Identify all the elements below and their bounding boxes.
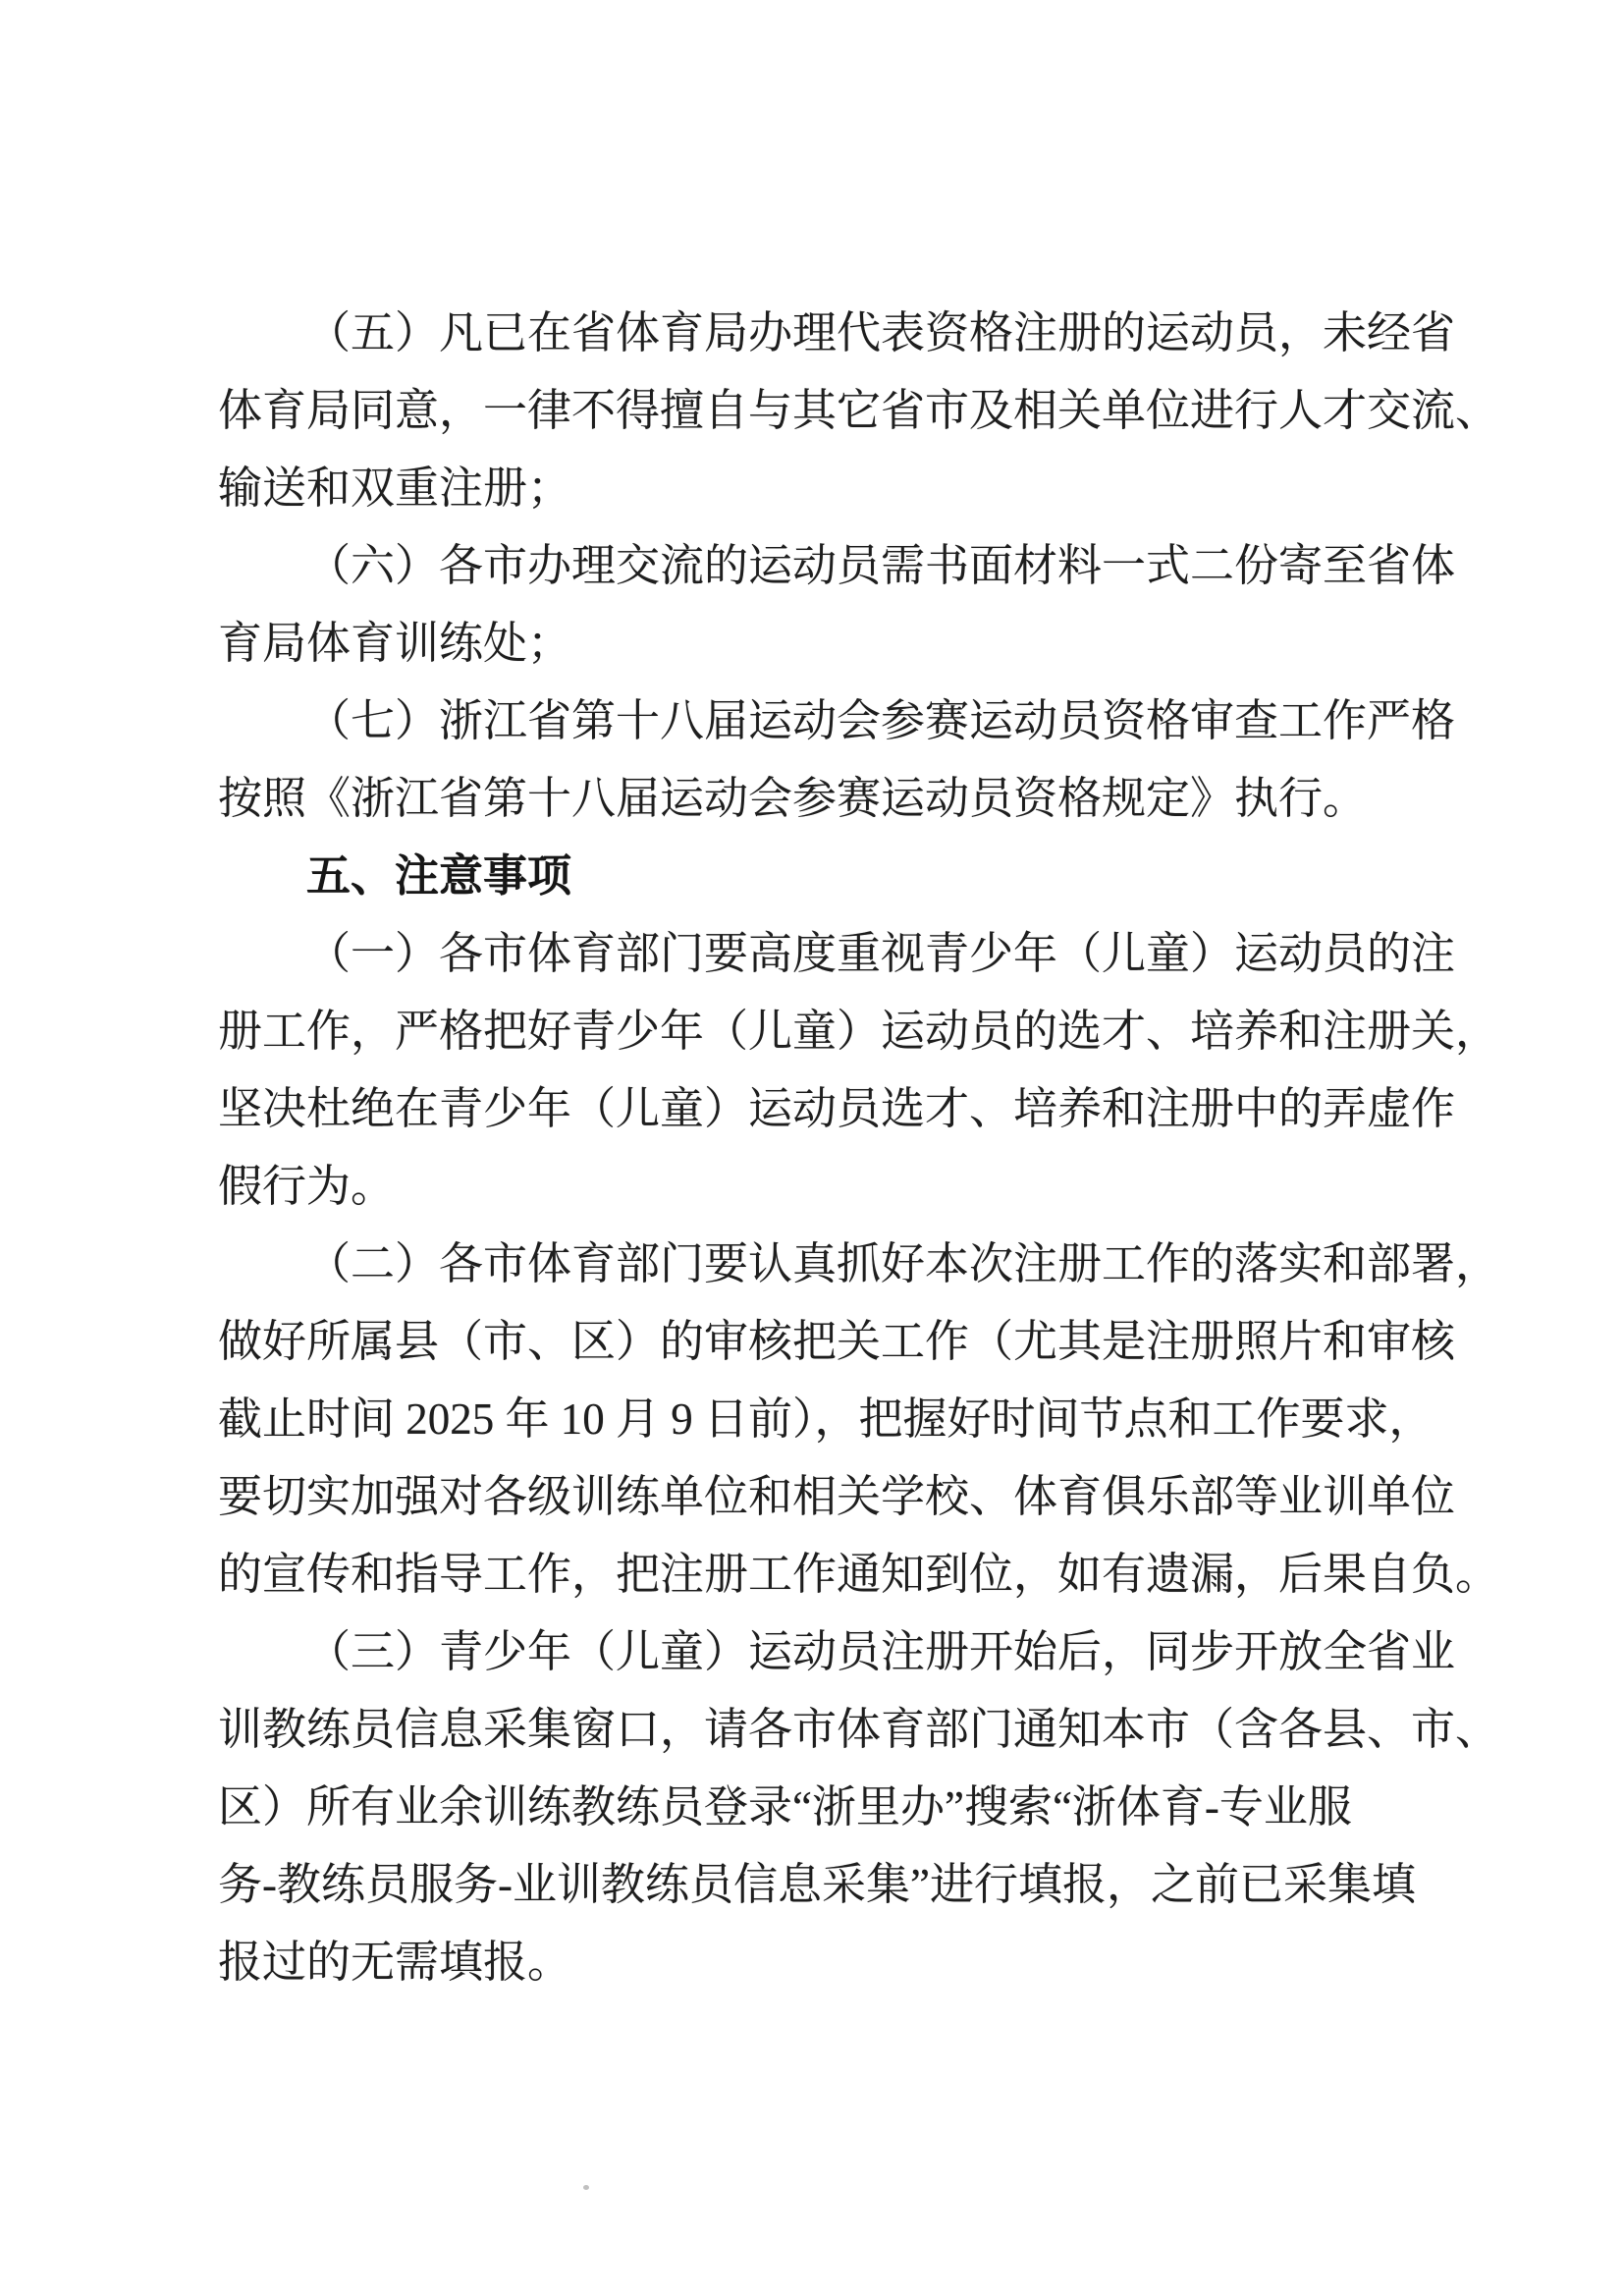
document-page: （五）凡已在省体育局办理代表资格注册的运动员，未经省体育局同意，一律不得擅自与其… xyxy=(0,0,1623,2296)
section-heading-5: 五、注意事项 xyxy=(218,838,1485,915)
para-note-1: （一）各市体育部门要高度重视青少年（儿童）运动员的注册工作，严格把好青少年（儿童… xyxy=(218,915,1485,1226)
text-line: （六）各市办理交流的运动员需书面材料一式二份寄至省体 xyxy=(218,527,1485,605)
text-line: 务-教练员服务-业训教练员信息采集”进行填报，之前已采集填 xyxy=(218,1846,1485,1924)
text-line: （七）浙江省第十八届运动会参赛运动员资格审查工作严格 xyxy=(218,683,1485,760)
text-line: （五）凡已在省体育局办理代表资格注册的运动员，未经省 xyxy=(218,295,1485,372)
text-line: 要切实加强对各级训练单位和相关学校、体育俱乐部等业训单位 xyxy=(218,1458,1485,1536)
text-line: 假行为。 xyxy=(218,1148,1485,1226)
text-line: 坚决杜绝在青少年（儿童）运动员选才、培养和注册中的弄虚作 xyxy=(218,1070,1485,1148)
text-line: 体育局同意，一律不得擅自与其它省市及相关单位进行人才交流、 xyxy=(218,372,1485,450)
text-line: 育局体育训练处； xyxy=(218,605,1485,683)
text-line: 册工作，严格把好青少年（儿童）运动员的选才、培养和注册关， xyxy=(218,993,1485,1070)
para-item-6: （六）各市办理交流的运动员需书面材料一式二份寄至省体育局体育训练处； xyxy=(218,527,1485,683)
para-item-7: （七）浙江省第十八届运动会参赛运动员资格审查工作严格按照《浙江省第十八届运动会参… xyxy=(218,683,1485,838)
text-line: 区）所有业余训练教练员登录“浙里办”搜索“浙体育-专业服 xyxy=(218,1769,1485,1846)
text-line: （三）青少年（儿童）运动员注册开始后，同步开放全省业 xyxy=(218,1613,1485,1691)
text-line: 报过的无需填报。 xyxy=(218,1924,1485,2001)
para-note-2: （二）各市体育部门要认真抓好本次注册工作的落实和部署，做好所属县（市、区）的审核… xyxy=(218,1226,1485,1613)
para-note-3: （三）青少年（儿童）运动员注册开始后，同步开放全省业训教练员信息采集窗口，请各市… xyxy=(218,1613,1485,2001)
text-line: （一）各市体育部门要高度重视青少年（儿童）运动员的注 xyxy=(218,915,1485,993)
text-line: 按照《浙江省第十八届运动会参赛运动员资格规定》执行。 xyxy=(218,760,1485,838)
scan-artifact-dot xyxy=(583,2185,589,2190)
document-text: （五）凡已在省体育局办理代表资格注册的运动员，未经省体育局同意，一律不得擅自与其… xyxy=(218,295,1485,2001)
para-item-5: （五）凡已在省体育局办理代表资格注册的运动员，未经省体育局同意，一律不得擅自与其… xyxy=(218,295,1485,527)
text-line: 截止时间 2025 年 10 月 9 日前），把握好时间节点和工作要求， xyxy=(218,1381,1485,1458)
text-line: 输送和双重注册； xyxy=(218,450,1485,527)
text-line: 的宣传和指导工作，把注册工作通知到位，如有遗漏，后果自负。 xyxy=(218,1536,1485,1613)
text-line: 做好所属县（市、区）的审核把关工作（尤其是注册照片和审核 xyxy=(218,1303,1485,1381)
text-line: 训教练员信息采集窗口，请各市体育部门通知本市（含各县、市、 xyxy=(218,1691,1485,1769)
text-line: （二）各市体育部门要认真抓好本次注册工作的落实和部署， xyxy=(218,1226,1485,1303)
text-line: 五、注意事项 xyxy=(218,838,1485,915)
